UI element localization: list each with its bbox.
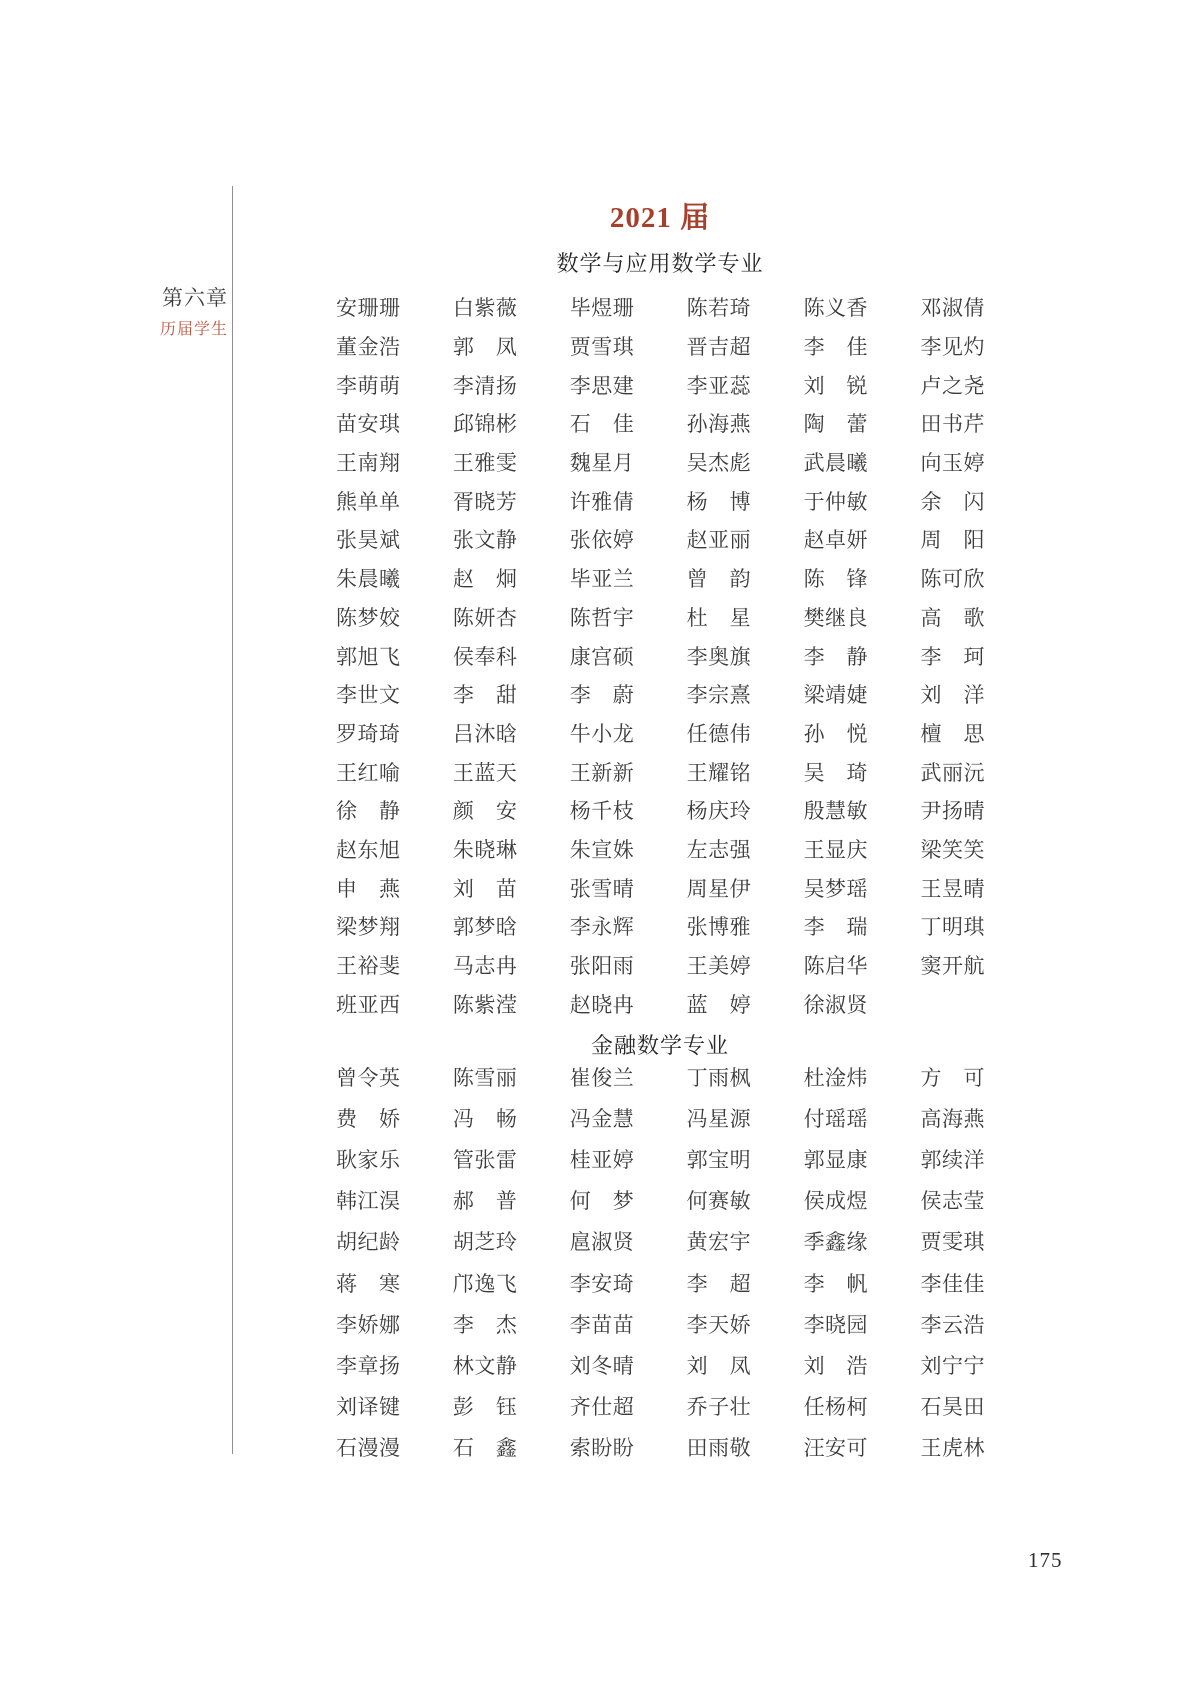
student-name: 杜 星 — [687, 598, 752, 637]
student-name: 郭续洋 — [920, 1138, 985, 1179]
student-name: 张依婷 — [570, 520, 635, 559]
student-name: 于仲敏 — [804, 481, 869, 520]
student-name: 左志强 — [687, 830, 752, 869]
student-name: 冯 畅 — [453, 1097, 518, 1138]
student-name: 赵 炯 — [453, 559, 518, 598]
student-name: 张文静 — [453, 520, 518, 559]
student-name: 扈淑贤 — [570, 1221, 635, 1262]
sidebar: 第六章 历届学生 — [90, 284, 228, 342]
student-name: 张雪晴 — [570, 868, 635, 907]
student-name: 李晓园 — [804, 1303, 869, 1344]
student-name: 任德伟 — [687, 714, 752, 753]
student-name: 李云浩 — [920, 1303, 985, 1344]
student-name: 李 静 — [804, 636, 869, 675]
student-name: 刘冬晴 — [570, 1344, 635, 1385]
student-name: 刘 锐 — [804, 365, 869, 404]
student-name: 张昊斌 — [336, 520, 401, 559]
student-name: 邝逸飞 — [453, 1262, 518, 1303]
student-name: 梁梦翔 — [336, 907, 401, 946]
student-name: 赵卓妍 — [804, 520, 869, 559]
student-name: 陈梦姣 — [336, 598, 401, 637]
student-name: 安珊珊 — [336, 288, 401, 327]
student-name: 李世文 — [336, 675, 401, 714]
student-name: 王显庆 — [804, 830, 869, 869]
student-name: 王耀铭 — [687, 752, 752, 791]
student-name: 梁笑笑 — [920, 830, 985, 869]
student-name: 余 闪 — [920, 481, 985, 520]
student-name: 田书芹 — [920, 404, 985, 443]
student-name: 韩江淏 — [336, 1180, 401, 1221]
student-name: 齐仕超 — [570, 1386, 635, 1427]
student-name: 李娇娜 — [336, 1303, 401, 1344]
student-name: 颜 安 — [453, 791, 518, 830]
student-name: 李 珂 — [920, 636, 985, 675]
student-name: 牛小龙 — [570, 714, 635, 753]
student-name: 高 歌 — [920, 598, 985, 637]
student-name: 赵东旭 — [336, 830, 401, 869]
student-name: 王美婷 — [687, 946, 752, 985]
student-name: 任杨柯 — [804, 1386, 869, 1427]
student-name: 郭梦晗 — [453, 907, 518, 946]
student-name: 樊继良 — [804, 598, 869, 637]
student-name: 陈紫滢 — [453, 984, 518, 1023]
student-name: 李见灼 — [920, 327, 985, 366]
student-name: 陈雪丽 — [453, 1056, 518, 1097]
student-name: 罗琦琦 — [336, 714, 401, 753]
student-name: 方 可 — [920, 1056, 985, 1097]
student-name: 胥晓芳 — [453, 481, 518, 520]
student-name: 李 超 — [687, 1262, 752, 1303]
student-name: 李 蔚 — [570, 675, 635, 714]
student-name: 李章扬 — [336, 1344, 401, 1385]
student-name: 曾令英 — [336, 1056, 401, 1097]
student-name: 陈若琦 — [687, 288, 752, 327]
student-name: 费 娇 — [336, 1097, 401, 1138]
student-name: 郝 普 — [453, 1180, 518, 1221]
student-name: 蒋 寒 — [336, 1262, 401, 1303]
student-name: 朱宣姝 — [570, 830, 635, 869]
student-name: 石漫漫 — [336, 1427, 401, 1468]
student-name: 尹扬晴 — [920, 791, 985, 830]
student-name: 王新新 — [570, 752, 635, 791]
student-name: 陶 蕾 — [804, 404, 869, 443]
student-name: 蓝 婷 — [687, 984, 752, 1023]
student-name: 杨庆玲 — [687, 791, 752, 830]
student-name: 赵晓冉 — [570, 984, 635, 1023]
student-name: 苗安琪 — [336, 404, 401, 443]
student-name: 武丽沅 — [920, 752, 985, 791]
student-name: 周星伊 — [687, 868, 752, 907]
student-name: 孙海燕 — [687, 404, 752, 443]
student-name: 石 鑫 — [453, 1427, 518, 1468]
student-name: 李 帆 — [804, 1262, 869, 1303]
page-number: 175 — [1028, 1548, 1063, 1573]
student-name: 申 燕 — [336, 868, 401, 907]
student-name: 胡纪龄 — [336, 1221, 401, 1262]
student-name: 陈哲宇 — [570, 598, 635, 637]
student-name: 李 甜 — [453, 675, 518, 714]
student-name: 马志冉 — [453, 946, 518, 985]
student-name: 耿家乐 — [336, 1138, 401, 1179]
student-name: 孙 悦 — [804, 714, 869, 753]
student-name: 邱锦彬 — [453, 404, 518, 443]
student-name: 熊单单 — [336, 481, 401, 520]
name-grid-math: 安珊珊白紫薇毕煜珊陈若琦陈义香邓淑倩董金浩郭 凤贾雪琪晋吉超李 佳李见灼李萌萌李… — [336, 288, 985, 1023]
student-name: 吴梦瑶 — [804, 868, 869, 907]
student-name: 刘 浩 — [804, 1344, 869, 1385]
student-name: 张博雅 — [687, 907, 752, 946]
student-name: 向玉婷 — [920, 443, 985, 482]
student-name: 毕煜珊 — [570, 288, 635, 327]
student-name: 李永辉 — [570, 907, 635, 946]
student-name: 卢之尧 — [920, 365, 985, 404]
student-name: 冯星源 — [687, 1097, 752, 1138]
student-name: 李佳佳 — [920, 1262, 985, 1303]
student-name: 冯金慧 — [570, 1097, 635, 1138]
student-name: 许雅倩 — [570, 481, 635, 520]
student-name: 刘 洋 — [920, 675, 985, 714]
student-name: 吴杰彪 — [687, 443, 752, 482]
student-name: 胡芝玲 — [453, 1221, 518, 1262]
student-name: 李天娇 — [687, 1303, 752, 1344]
student-name: 白紫薇 — [453, 288, 518, 327]
student-name: 李安琦 — [570, 1262, 635, 1303]
student-name: 黄宏宇 — [687, 1221, 752, 1262]
student-name: 周 阳 — [920, 520, 985, 559]
student-name: 刘宁宁 — [920, 1344, 985, 1385]
student-name: 田雨敬 — [687, 1427, 752, 1468]
student-name: 朱晓琳 — [453, 830, 518, 869]
student-name: 王蓝天 — [453, 752, 518, 791]
student-name: 王红喻 — [336, 752, 401, 791]
page-title: 2021 届 — [232, 195, 1088, 236]
student-name: 杨千枝 — [570, 791, 635, 830]
student-name: 杜淦炜 — [804, 1056, 869, 1097]
student-name: 刘 凤 — [687, 1344, 752, 1385]
student-name: 贾雪琪 — [570, 327, 635, 366]
section-title-math: 数学与应用数学专业 — [232, 247, 1088, 278]
student-name: 徐 静 — [336, 791, 401, 830]
student-name: 曾 韵 — [687, 559, 752, 598]
student-name: 丁明琪 — [920, 907, 985, 946]
student-name: 崔俊兰 — [570, 1056, 635, 1097]
student-name: 贾雯琪 — [920, 1221, 985, 1262]
student-name: 高海燕 — [920, 1097, 985, 1138]
student-name: 石 佳 — [570, 404, 635, 443]
student-name: 董金浩 — [336, 327, 401, 366]
student-name: 邓淑倩 — [920, 288, 985, 327]
student-name: 陈启华 — [804, 946, 869, 985]
student-name: 汪安可 — [804, 1427, 869, 1468]
student-name: 陈义香 — [804, 288, 869, 327]
student-name: 王南翔 — [336, 443, 401, 482]
student-name: 康宫硕 — [570, 636, 635, 675]
student-name: 郭宝明 — [687, 1138, 752, 1179]
name-grid-finance: 曾令英陈雪丽崔俊兰丁雨枫杜淦炜方 可费 娇冯 畅冯金慧冯星源付瑶瑶高海燕耿家乐管… — [336, 1056, 985, 1468]
student-name: 何赛敏 — [687, 1180, 752, 1221]
student-name: 林文静 — [453, 1344, 518, 1385]
student-name: 管张雷 — [453, 1138, 518, 1179]
student-name: 窦开航 — [920, 946, 985, 985]
student-name: 李 瑞 — [804, 907, 869, 946]
student-name: 徐淑贤 — [804, 984, 869, 1023]
student-name: 李萌萌 — [336, 365, 401, 404]
student-name: 陈可欣 — [920, 559, 985, 598]
student-name: 李奥旗 — [687, 636, 752, 675]
student-name: 乔子壮 — [687, 1386, 752, 1427]
student-name: 吕沐晗 — [453, 714, 518, 753]
student-name: 石昊田 — [920, 1386, 985, 1427]
student-name: 郭显康 — [804, 1138, 869, 1179]
student-name: 郭 凤 — [453, 327, 518, 366]
student-name: 陈妍杏 — [453, 598, 518, 637]
student-name: 李 杰 — [453, 1303, 518, 1344]
student-name: 殷慧敏 — [804, 791, 869, 830]
student-name: 李亚蕊 — [687, 365, 752, 404]
student-name: 李苗苗 — [570, 1303, 635, 1344]
student-name: 吴 琦 — [804, 752, 869, 791]
student-name: 侯奉科 — [453, 636, 518, 675]
student-name: 陈 锋 — [804, 559, 869, 598]
student-name: 郭旭飞 — [336, 636, 401, 675]
student-name: 刘 苗 — [453, 868, 518, 907]
student-name: 王虎林 — [920, 1427, 985, 1468]
student-name: 杨 博 — [687, 481, 752, 520]
student-name: 武晨曦 — [804, 443, 869, 482]
student-name: 檀 思 — [920, 714, 985, 753]
student-name: 晋吉超 — [687, 327, 752, 366]
student-name: 付瑶瑶 — [804, 1097, 869, 1138]
student-name: 桂亚婷 — [570, 1138, 635, 1179]
student-name: 侯成煜 — [804, 1180, 869, 1221]
student-name: 张阳雨 — [570, 946, 635, 985]
chapter-sublabel: 历届学生 — [90, 318, 228, 342]
student-name: 王雅雯 — [453, 443, 518, 482]
student-name: 毕亚兰 — [570, 559, 635, 598]
student-name: 彭 钰 — [453, 1386, 518, 1427]
student-name: 李宗熹 — [687, 675, 752, 714]
student-name: 刘译键 — [336, 1386, 401, 1427]
student-name: 李清扬 — [453, 365, 518, 404]
student-name: 朱晨曦 — [336, 559, 401, 598]
student-name: 索盼盼 — [570, 1427, 635, 1468]
student-name: 魏星月 — [570, 443, 635, 482]
student-name: 王裕斐 — [336, 946, 401, 985]
student-name: 侯志莹 — [920, 1180, 985, 1221]
student-name: 李 佳 — [804, 327, 869, 366]
sidebar-rule — [232, 186, 233, 1454]
student-name: 班亚西 — [336, 984, 401, 1023]
student-name: 王昱晴 — [920, 868, 985, 907]
student-name: 李思建 — [570, 365, 635, 404]
student-name: 季鑫缘 — [804, 1221, 869, 1262]
student-name: 何 梦 — [570, 1180, 635, 1221]
student-name: 赵亚丽 — [687, 520, 752, 559]
student-name: 丁雨枫 — [687, 1056, 752, 1097]
chapter-label: 第六章 — [90, 284, 228, 312]
student-name: 梁靖婕 — [804, 675, 869, 714]
